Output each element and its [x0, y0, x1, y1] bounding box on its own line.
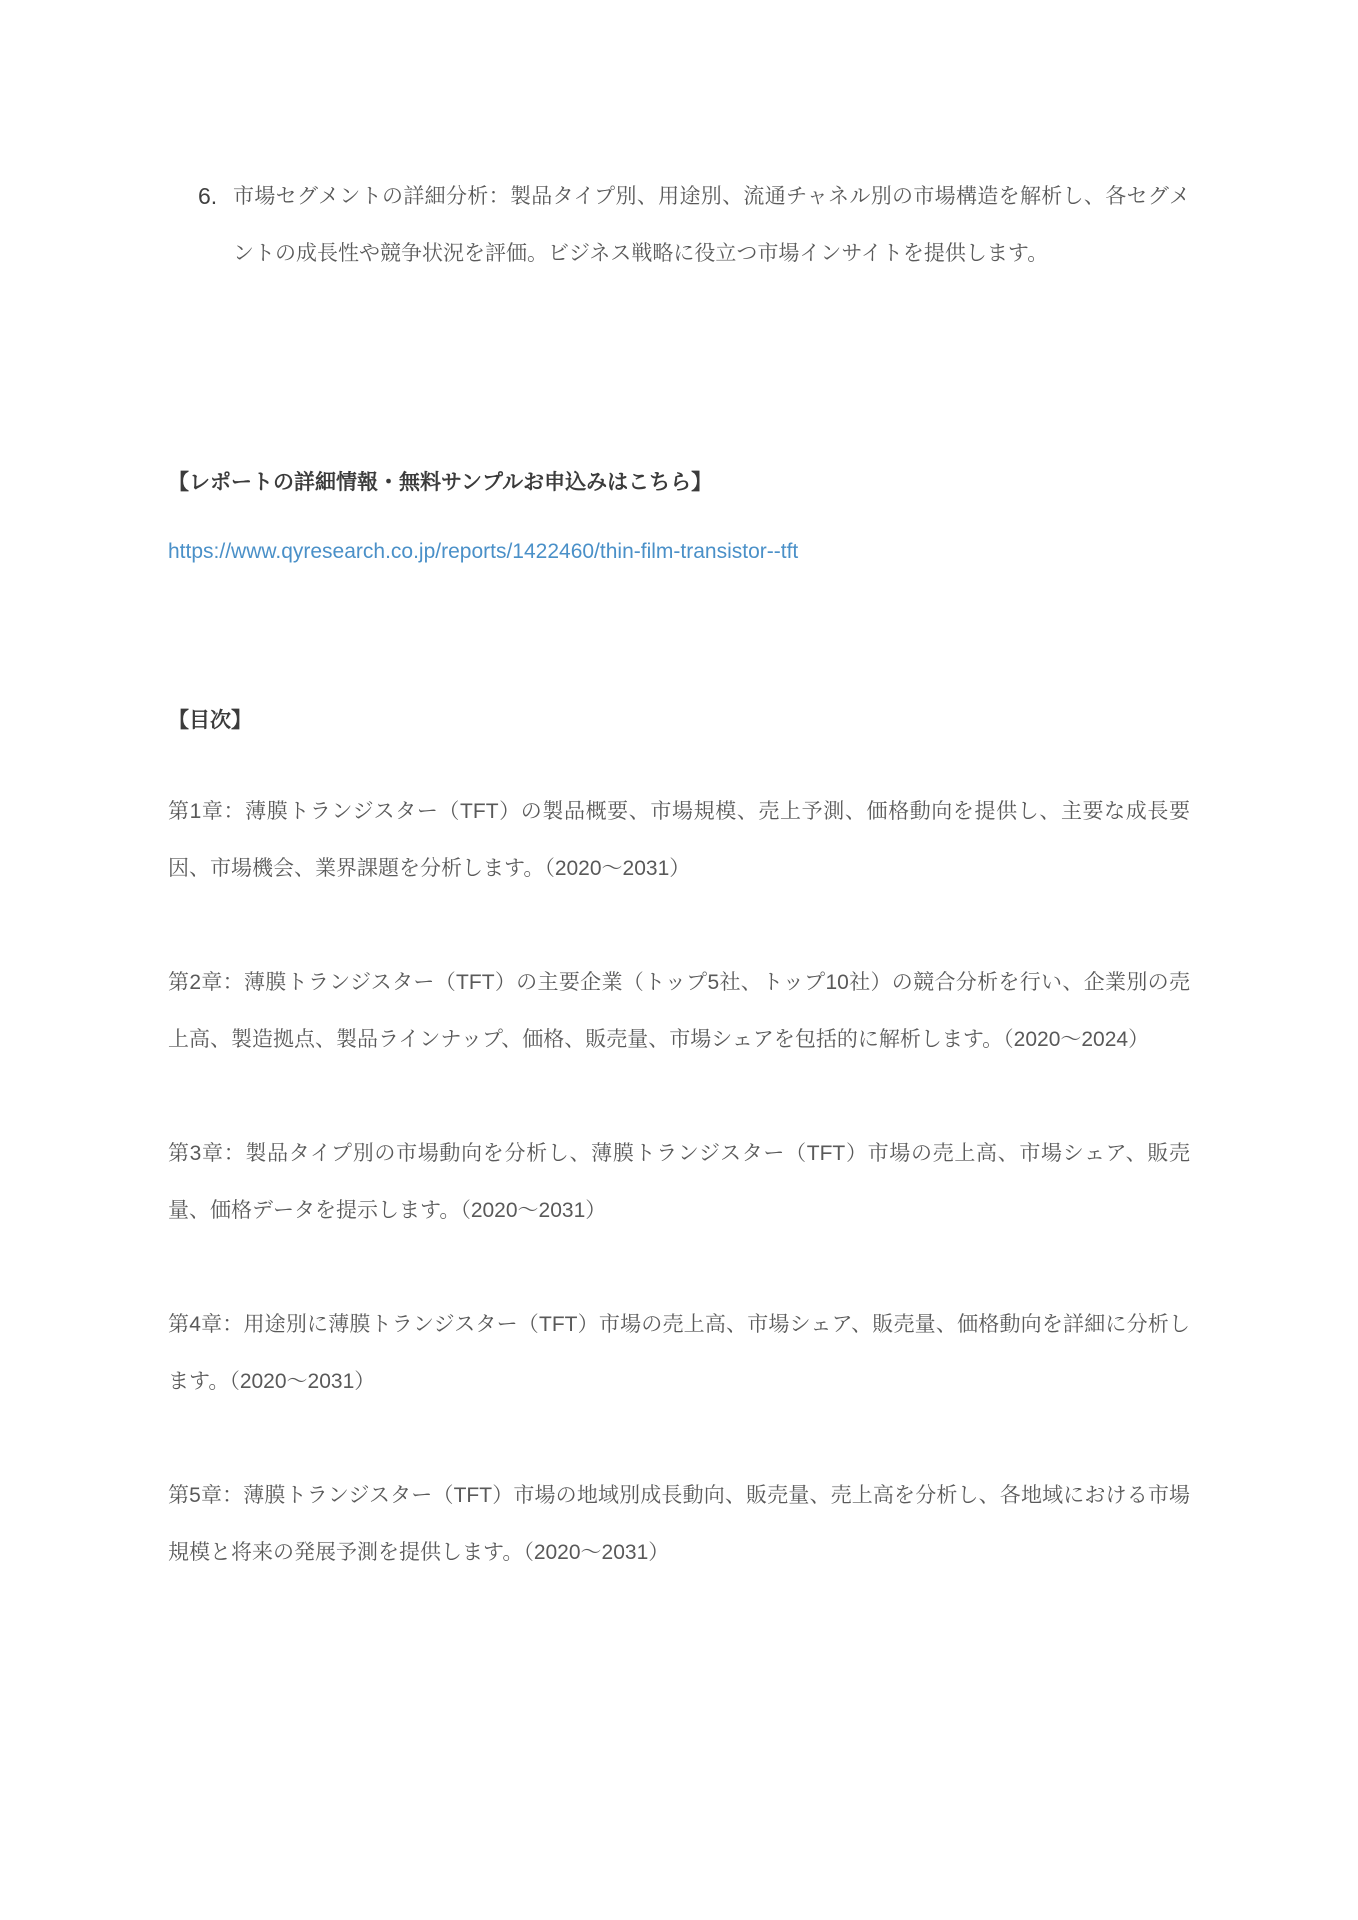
toc-chapter-5: 第5章：薄膜トランジスター（TFT）市場の地域別成長動向、販売量、売上高を分析し… [168, 1467, 1190, 1581]
list-item-number: 6. [198, 168, 217, 225]
document-page: 6. 市場セグメントの詳細分析：製品タイプ別、用途別、流通チャネル別の市場構造を… [0, 0, 1358, 1920]
toc-chapter-3: 第3章：製品タイプ別の市場動向を分析し、薄膜トランジスター（TFT）市場の売上高… [168, 1125, 1190, 1239]
toc-chapter-2: 第2章：薄膜トランジスター（TFT）の主要企業（トップ5社、トップ10社）の競合… [168, 954, 1190, 1068]
report-url-link[interactable]: https://www.qyresearch.co.jp/reports/142… [168, 540, 798, 563]
list-item-text: 市場セグメントの詳細分析：製品タイプ別、用途別、流通チャネル別の市場構造を解析し… [233, 168, 1190, 282]
toc-heading: 【目次】 [168, 692, 1190, 749]
list-item-6: 6. 市場セグメントの詳細分析：製品タイプ別、用途別、流通チャネル別の市場構造を… [168, 168, 1190, 282]
report-url-line: https://www.qyresearch.co.jp/reports/142… [168, 523, 1190, 580]
toc-chapter-1: 第1章：薄膜トランジスター（TFT）の製品概要、市場規模、売上予測、価格動向を提… [168, 783, 1190, 897]
toc-chapter-4: 第4章：用途別に薄膜トランジスター（TFT）市場の売上高、市場シェア、販売量、価… [168, 1296, 1190, 1410]
report-info-heading: 【レポートの詳細情報・無料サンプルお申込みはこちら】 [168, 454, 1190, 511]
document-content: 6. 市場セグメントの詳細分析：製品タイプ別、用途別、流通チャネル別の市場構造を… [0, 0, 1358, 1581]
